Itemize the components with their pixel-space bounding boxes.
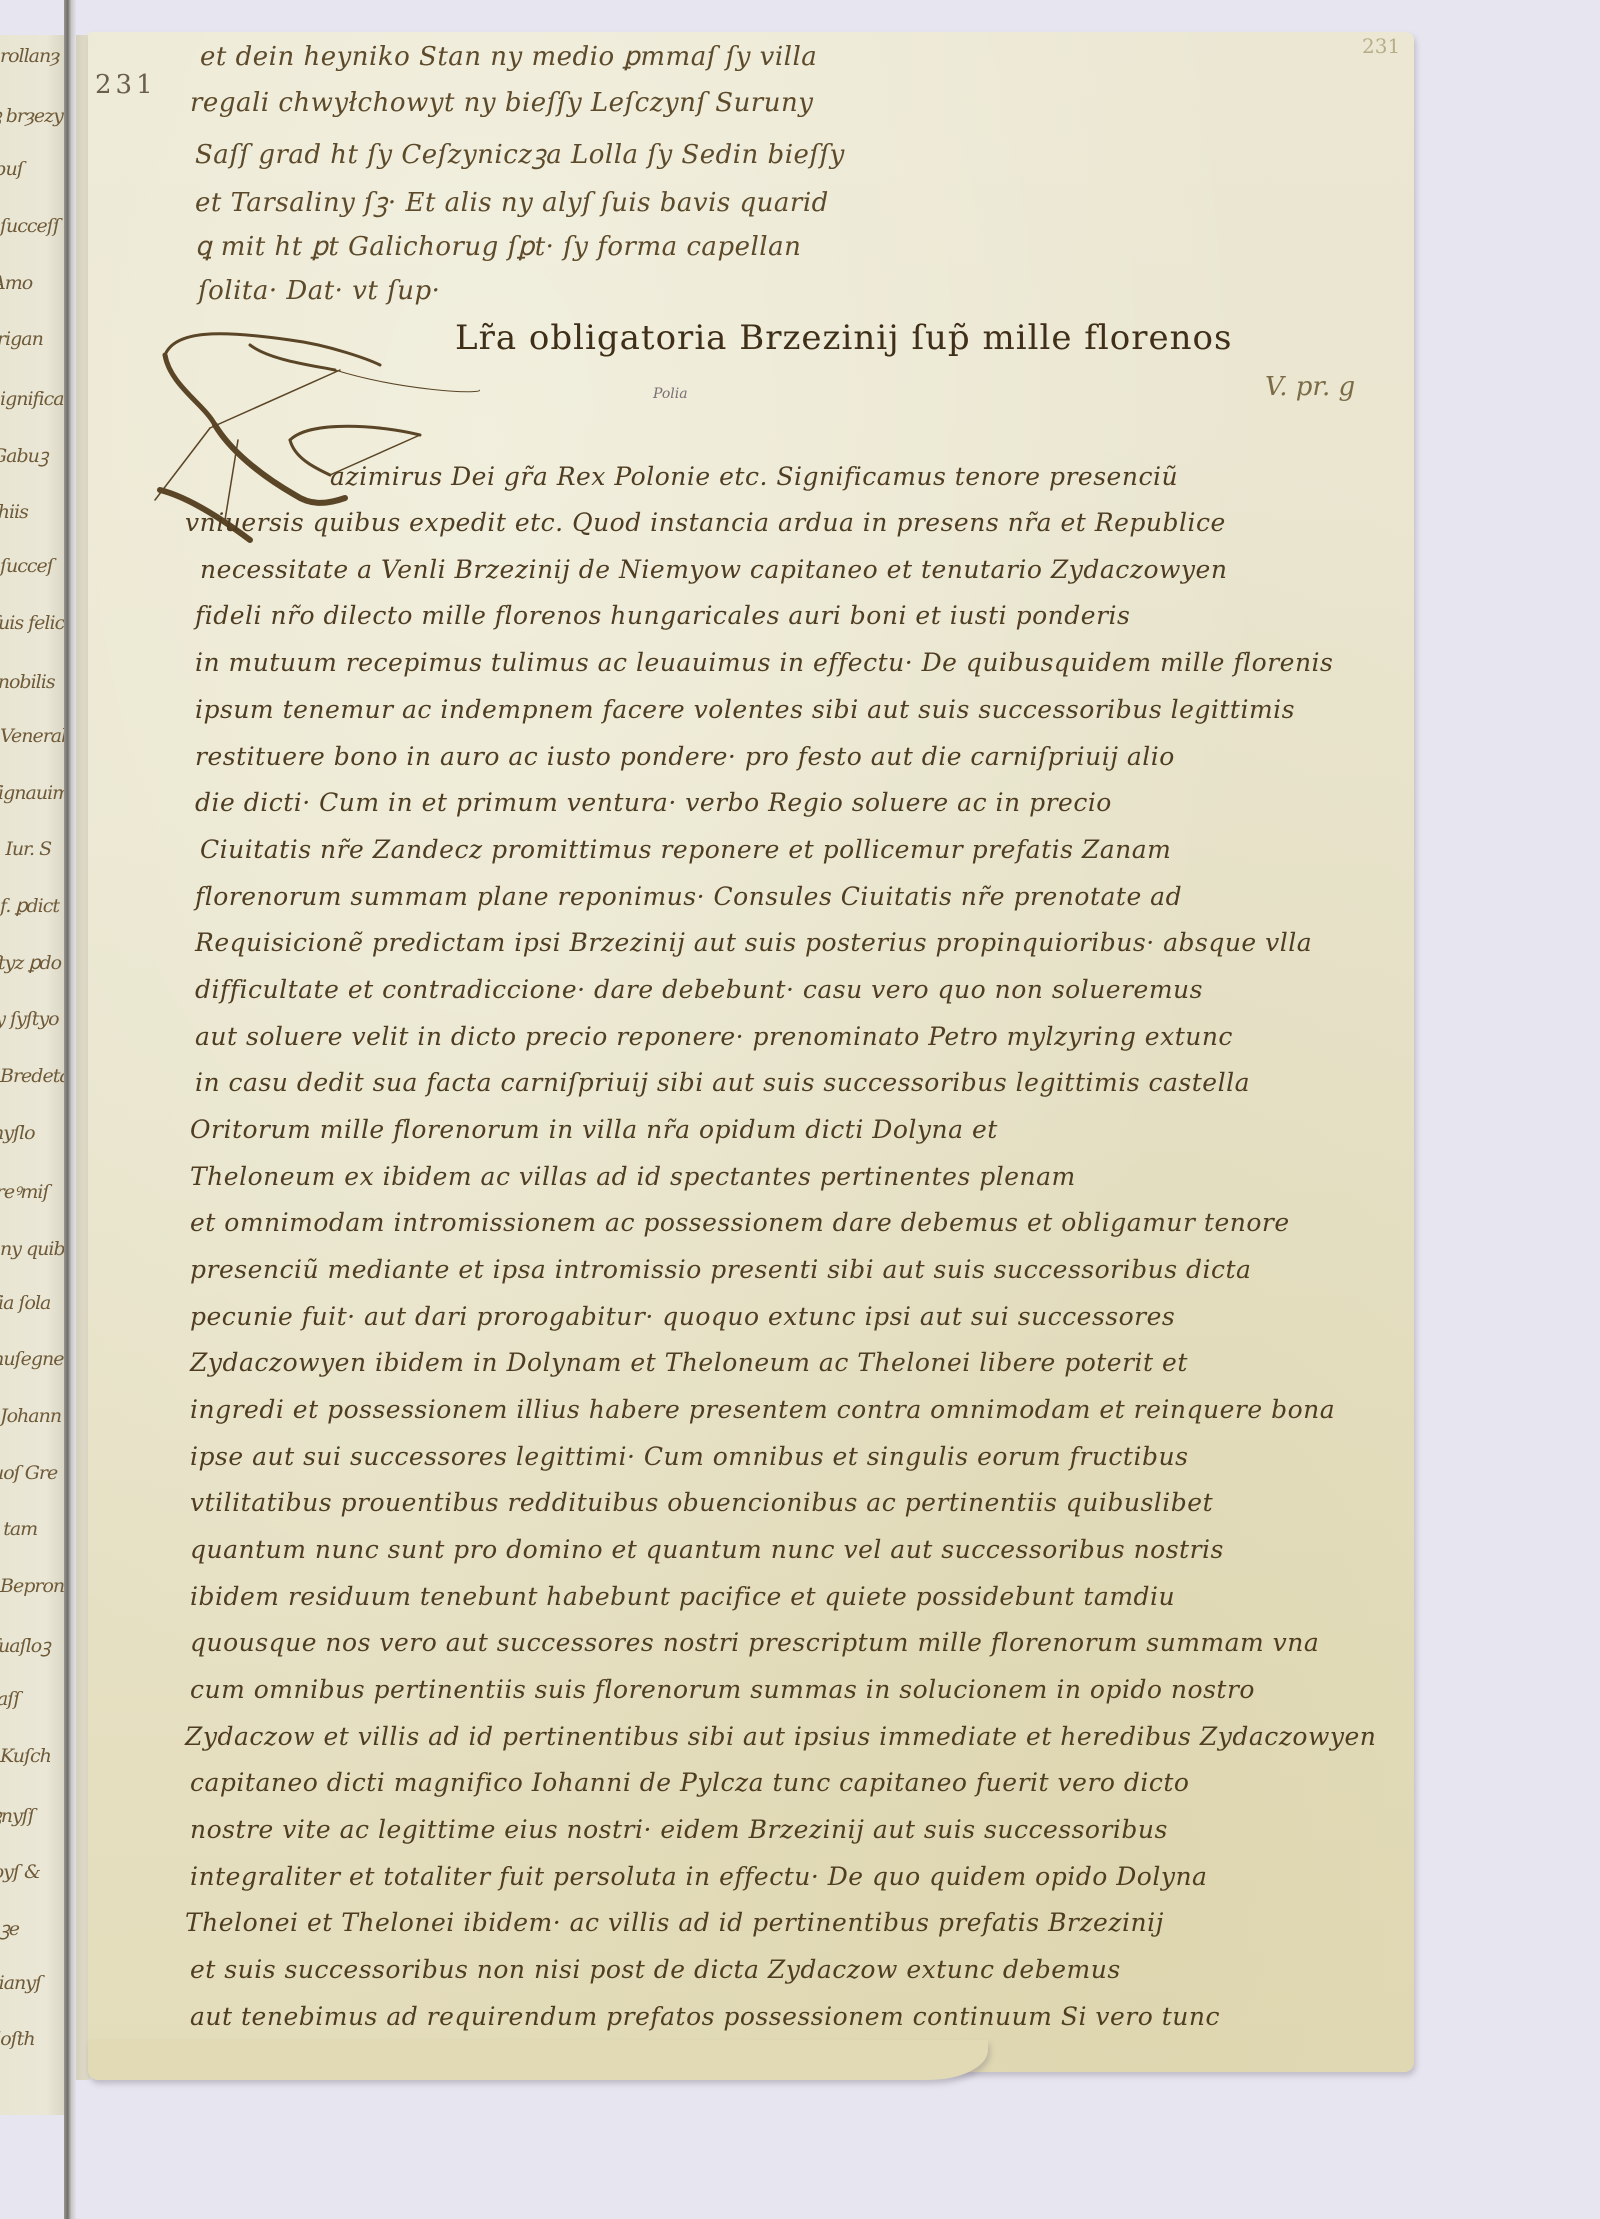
left-leaf-fragment: G tam bbox=[0, 1518, 37, 1540]
left-leaf-fragment: uoſ Gre bbox=[0, 1462, 57, 1484]
text-line: cum omnibus pertinentiis suis florenorum… bbox=[190, 1675, 1255, 1704]
left-leaf-fragment: ny ſyſtyo bbox=[0, 1008, 59, 1030]
text-line: presenciũ mediante et ipsa intromissio p… bbox=[190, 1255, 1251, 1284]
text-line: Saſſ grad ht ſy Ceſzyniczꝫa Lolla ſy Sed… bbox=[195, 135, 845, 171]
text-line: die dicti· Cum in et primum ventura· ver… bbox=[195, 788, 1112, 817]
text-line: aut tenebimus ad requirendum prefatos po… bbox=[190, 2002, 1220, 2031]
left-leaf-fragment: Brigan bbox=[0, 328, 43, 350]
left-leaf-fragment: Kuſch bbox=[0, 1745, 51, 1767]
text-line: quantum nunc sunt pro domino et quantum … bbox=[190, 1535, 1224, 1564]
left-leaf-fragment: Venerab bbox=[0, 725, 66, 747]
left-leaf-fragment: nyſlo bbox=[0, 1122, 35, 1144]
binding-gutter bbox=[64, 0, 76, 2219]
left-leaf-fragment: Baſſ bbox=[0, 1688, 19, 1710]
left-leaf-fragment: ꝫe bbox=[0, 1915, 19, 1941]
text-line: restituere bono in auro ac iusto pondere… bbox=[195, 742, 1175, 771]
left-leaf-fragment: ignificamꝰ bbox=[0, 385, 66, 411]
text-line: florenorum summam plane reponimus· Consu… bbox=[195, 882, 1182, 911]
left-leaf-fragment: f. ꝑdict bbox=[0, 895, 59, 917]
left-leaf-fragment: Amo bbox=[0, 272, 32, 294]
left-leaf-fragment: ꝫ nobilis bbox=[0, 668, 55, 694]
left-leaf-fragment: n. Iur. S bbox=[0, 838, 51, 860]
left-leaf-fragment: ꝫoyſ & bbox=[0, 1858, 40, 1884]
text-line: fideli nr̃o dilecto mille florenos hunga… bbox=[195, 601, 1130, 630]
text-line: aut soluere velit in dicto precio repone… bbox=[195, 1022, 1233, 1051]
folio-number: 231 bbox=[95, 70, 157, 100]
text-line: ibidem residuum tenebunt habebunt pacifi… bbox=[190, 1582, 1175, 1611]
left-leaf-fragment: ꝫnyſſ bbox=[0, 1802, 34, 1828]
left-leaf-fragment: abuſ bbox=[0, 158, 23, 180]
text-line: necessitate a Venli Brzezinij de Niemyow… bbox=[200, 555, 1227, 584]
text-line: Zydaczowyen ibidem in Dolynam et Thelone… bbox=[190, 1348, 1188, 1377]
text-line: Requisicionẽ predictam ipsi Brzezinij au… bbox=[195, 928, 1312, 957]
text-line: regali chwyłchowyt ny bieſſy Leſczynſ Su… bbox=[190, 88, 813, 118]
left-leaf-fragment: ſuis felic bbox=[0, 612, 64, 634]
text-line: quousque nos vero aut successores nostri… bbox=[190, 1628, 1319, 1657]
left-leaf-fragment: Preꝰmiſ bbox=[0, 1178, 49, 1204]
folio-corner-mark: 231 bbox=[1362, 34, 1400, 58]
text-line: Ciuitatis nr̃e Zandecz promittimus repon… bbox=[200, 835, 1171, 864]
text-line: difficultate et contradiccione· dare deb… bbox=[195, 975, 1203, 1004]
left-leaf-fragment: ꝫ brȝezyn bbox=[0, 102, 66, 128]
text-line: capitaneo dicti magnifico Iohanni de Pyl… bbox=[190, 1768, 1190, 1797]
left-leaf-fragment: tianyſ bbox=[0, 1972, 41, 1994]
left-leaf-fragment: Gabuꝫ bbox=[0, 442, 48, 468]
left-leaf-fragment: Bredetag bbox=[0, 1065, 66, 1087]
text-line: Oritorum mille florenorum in villa nr̃a … bbox=[190, 1115, 998, 1144]
entry-heading: Lr̃a obligatoria Brzezinij ſup̃ mille fl… bbox=[455, 318, 1232, 358]
text-line: in mutuum recepimus tulimus ac leuauimus… bbox=[195, 648, 1333, 677]
left-leaf-fragment: Beproni bbox=[0, 1575, 66, 1597]
left-leaf-fragment: Johann bbox=[0, 1405, 61, 1427]
left-leaf-fragment: ſucceſſ bbox=[0, 215, 59, 237]
page-bottom-edge bbox=[88, 2040, 988, 2080]
text-line: vtilitatibus prouentibus reddituibus obu… bbox=[190, 1488, 1213, 1517]
text-line: et suis successoribus non nisi post de d… bbox=[190, 1955, 1121, 1984]
text-line: Zydaczow et villis ad id pertinentibus s… bbox=[185, 1722, 1376, 1751]
left-leaf-fragment: rollanȝ bbox=[0, 45, 59, 67]
left-leaf-fragment: bloſth bbox=[0, 2028, 35, 2050]
text-line: et dein heyniko Stan ny medio ꝑmmaſ ſy v… bbox=[200, 42, 817, 72]
interlinear-gloss: Polia bbox=[653, 386, 688, 402]
text-line: ingredi et possessionem illius habere pr… bbox=[190, 1395, 1335, 1424]
text-line: pecunie fuit· aut dari prorogabitur· quo… bbox=[190, 1302, 1175, 1331]
margin-note: V. pr. g bbox=[1265, 372, 1355, 402]
text-line: ipsum tenemur ac indempnem facere volent… bbox=[195, 695, 1295, 724]
left-leaf-fragment: ſia ſola bbox=[0, 1292, 50, 1314]
text-line: Thelonei et Thelonei ibidem· ac villis a… bbox=[185, 1908, 1164, 1937]
text-line: et Tarsaliny ſꝫ· Et alis ny alyſ ſuis ba… bbox=[195, 183, 829, 219]
left-leaf-fragment: ſucceſ bbox=[0, 555, 53, 577]
left-facing-page: rollanȝꝫ brȝezynabuſſucceſſAmoBriganigni… bbox=[0, 35, 66, 2115]
left-leaf-fragment: rnuſegnem bbox=[0, 1348, 66, 1370]
left-leaf-fragment: ſtyz ꝑdo bbox=[0, 952, 61, 974]
left-leaf-fragment: ſignauim bbox=[0, 782, 66, 804]
text-line: nostre vite ac legittime eius nostri· ei… bbox=[190, 1815, 1168, 1844]
text-line: ipse aut sui successores legittimi· Cum … bbox=[190, 1442, 1188, 1471]
text-line: in casu dedit sua facta carniſpriuij sib… bbox=[195, 1068, 1250, 1097]
text-line: ſolita· Dat· vt ſup· bbox=[198, 276, 440, 306]
text-line: Theloneum ex ibidem ac villas ad id spec… bbox=[190, 1162, 1076, 1191]
text-line: vniuersis quibus expedit etc. Quod insta… bbox=[185, 508, 1226, 537]
left-leaf-fragment: ſuaſloꝫ bbox=[0, 1632, 50, 1658]
text-line: azimirus Dei gr̃a Rex Polonie etc. Signi… bbox=[330, 462, 1178, 491]
left-leaf-fragment: ꝫ hiis bbox=[0, 498, 28, 524]
text-line: ꝗ mit ht ꝑt Galichorug ſꝑt· ſy forma cap… bbox=[195, 232, 801, 262]
text-line: integraliter et totaliter fuit persoluta… bbox=[190, 1862, 1207, 1891]
text-line: et omnimodam intromissionem ac possessio… bbox=[190, 1208, 1290, 1237]
left-leaf-fragment: ny quibꝰ bbox=[0, 1235, 66, 1261]
